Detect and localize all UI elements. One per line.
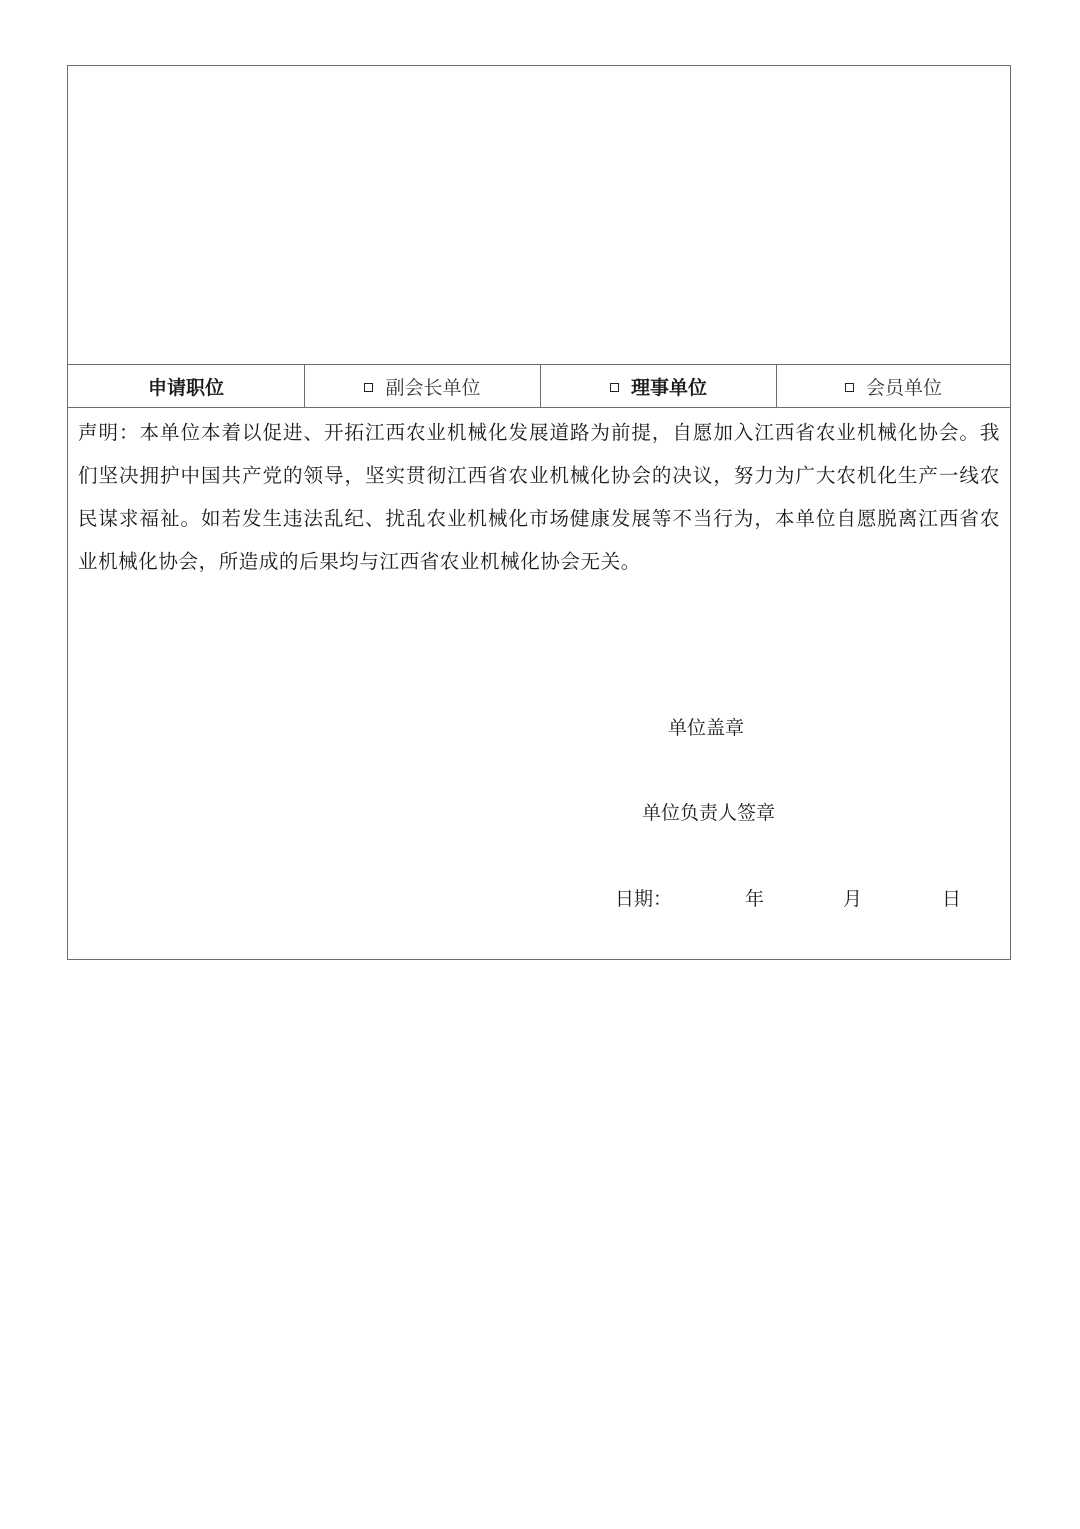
position-label-cell: 申请职位: [68, 365, 304, 407]
option-council-unit[interactable]: 理事单位: [540, 365, 776, 407]
position-label: 申请职位: [148, 373, 224, 400]
month-label: 月: [843, 884, 862, 911]
year-label: 年: [745, 884, 764, 911]
membership-application-form: 申请职位 副会长单位 理事单位 会员单位 声明：本单位本着以促进、开拓江西农业机…: [67, 65, 1011, 960]
checkbox-icon[interactable]: [364, 383, 373, 392]
option-vice-president-unit[interactable]: 副会长单位: [304, 365, 540, 407]
date-label: 日期：: [615, 884, 672, 911]
day-label: 日: [942, 884, 961, 911]
checkbox-icon[interactable]: [610, 383, 619, 392]
declaration-statement: 声明：本单位本着以促进、开拓江西农业机械化发展道路为前提，自愿加入江西省农业机械…: [78, 411, 1000, 583]
representative-signature-label: 单位负责人签章: [642, 798, 775, 825]
blank-content-area: [68, 66, 1010, 364]
option-label: 理事单位: [631, 373, 707, 400]
option-label: 副会长单位: [385, 373, 480, 400]
position-selection-row: 申请职位 副会长单位 理事单位 会员单位: [68, 364, 1010, 408]
option-member-unit[interactable]: 会员单位: [776, 365, 1010, 407]
unit-seal-label: 单位盖章: [668, 713, 744, 740]
checkbox-icon[interactable]: [845, 383, 854, 392]
option-label: 会员单位: [866, 373, 942, 400]
